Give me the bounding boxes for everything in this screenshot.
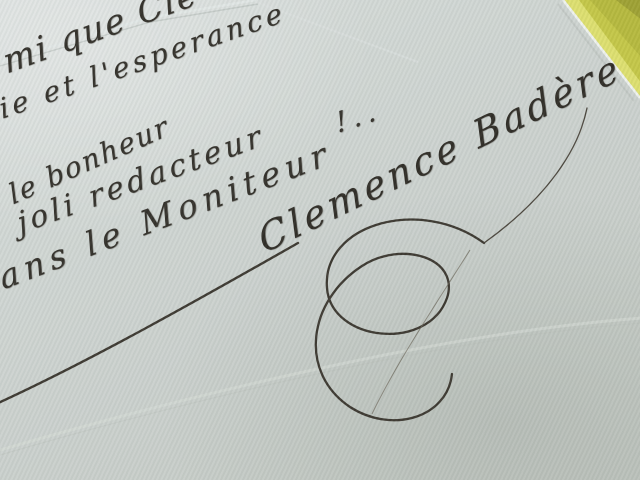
signature-flourish-loop — [316, 220, 484, 421]
photo-of-handwritten-letter: mi que Cle ie et l'esperance le bonheur … — [0, 0, 640, 480]
crease-bottom-shadow — [0, 323, 640, 455]
signature-flourish-hairline — [372, 250, 470, 414]
crease-bottom — [0, 318, 640, 450]
